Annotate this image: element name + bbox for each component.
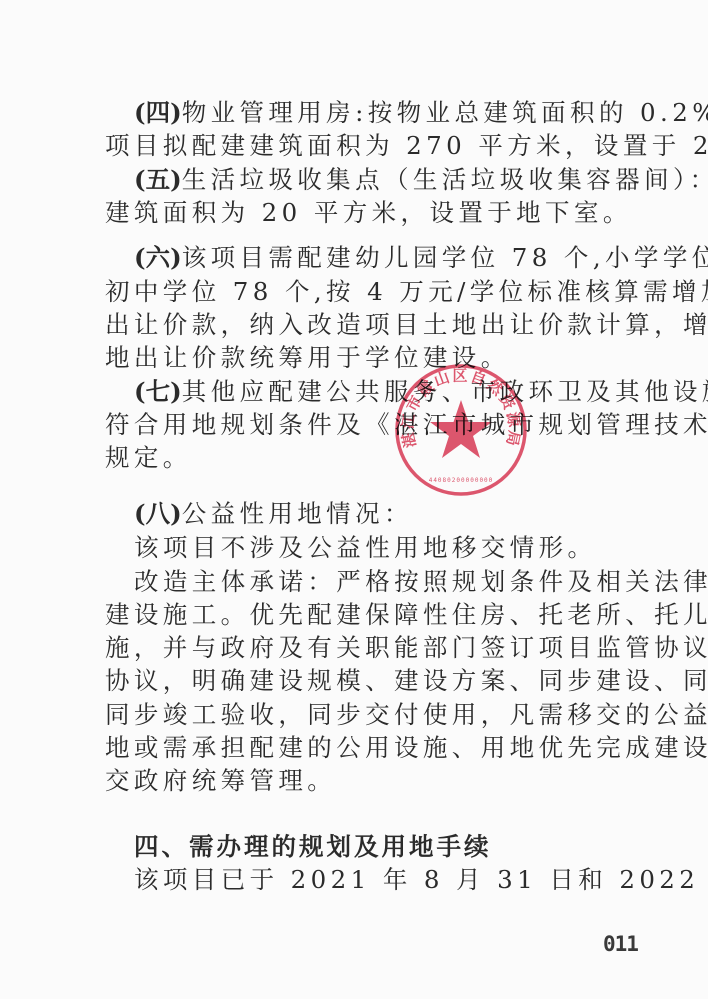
paragraph-5-line-1: (五)生活垃圾收集点（生活垃圾收集容器间）：拟配建 xyxy=(134,165,606,195)
commitment-line-5: 同步竣工验收，同步交付使用，凡需移交的公益性设施、用 xyxy=(105,700,605,730)
commitment-line-6: 地或需承担配建的公用设施、用地优先完成建设后，无偿移 xyxy=(105,733,605,763)
document-page: (四)物业管理用房:按物业总建筑面积的 0.2%配置，该 项目拟配建建筑面积为 … xyxy=(0,0,708,999)
svg-text:44080200000000: 44080200000000 xyxy=(429,477,494,484)
section-heading: 四、需办理的规划及用地手续 xyxy=(134,832,634,862)
paragraph-6-line-3: 出让价款，纳入改造项目土地出让价款计算，增加缴交的土 xyxy=(105,310,605,340)
paragraph-7-line-3: 规定。 xyxy=(105,443,605,473)
section-first-line: 该项目已于 2021 年 8 月 31 日和 2022 年 8 月 30 日，分 xyxy=(134,865,606,895)
commitment-line-4: 协议，明确建设规模、建设方案、同步建设、同步规划核实、 xyxy=(105,666,605,696)
page-number: 011 xyxy=(603,932,638,956)
commitment-line-2: 建设施工。优先配建保障性住房、托老所、托儿所等配套设 xyxy=(105,600,605,630)
commitment-line-1: 改造主体承诺：严格按照规划条件及相关法律法规要求 xyxy=(134,567,606,597)
paragraph-6-line-2: 初中学位 78 个,按 4 万元/学位标准核算需增加缴交的土地 xyxy=(105,277,605,307)
paragraph-7-line-1: (七)其他应配建公共服务、市政环卫及其他设施建设应 xyxy=(134,377,606,407)
item-label: (五) xyxy=(134,165,182,194)
paragraph-7-line-2: 符合用地规划条件及《湛江市城市规划管理技术规定》有关 xyxy=(105,410,605,440)
item-label: (六) xyxy=(134,243,182,272)
paragraph-4-line-1: (四)物业管理用房:按物业总建筑面积的 0.2%配置，该 xyxy=(134,98,606,128)
paragraph-6-line-1: (六)该项目需配建幼儿园学位 78 个,小学学位 156 个, xyxy=(134,243,606,273)
paragraph-6-line-4: 地出让价款统筹用于学位建设。 xyxy=(105,343,605,373)
commitment-line-7: 交政府统筹管理。 xyxy=(105,766,605,796)
paragraph-5-line-2: 建筑面积为 20 平方米，设置于地下室。 xyxy=(105,198,605,228)
paragraph-4-line-2: 项目拟配建建筑面积为 270 平方米，设置于 2 号楼首层。 xyxy=(105,131,605,161)
commitment-line-3: 施，并与政府及有关职能部门签订项目监管协议、实施监管 xyxy=(105,633,605,663)
item-label: (七) xyxy=(134,377,182,406)
item-label: (四) xyxy=(134,98,182,127)
paragraph-8-line-2: 该项目不涉及公益性用地移交情形。 xyxy=(134,533,606,563)
item-label: (八) xyxy=(134,499,182,528)
paragraph-8-line-1: (八)公益性用地情况： xyxy=(134,499,606,529)
